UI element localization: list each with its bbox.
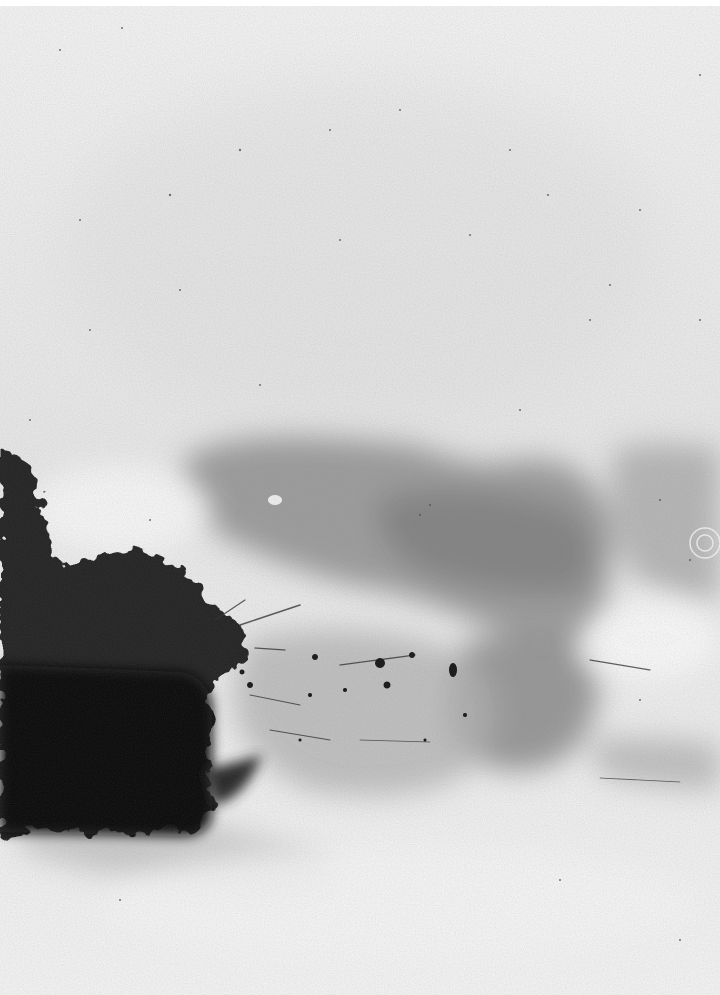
artist-signature <box>352 980 502 994</box>
painting-canvas <box>0 0 720 995</box>
ink-wash-painting <box>0 0 720 995</box>
top-border <box>0 0 720 6</box>
